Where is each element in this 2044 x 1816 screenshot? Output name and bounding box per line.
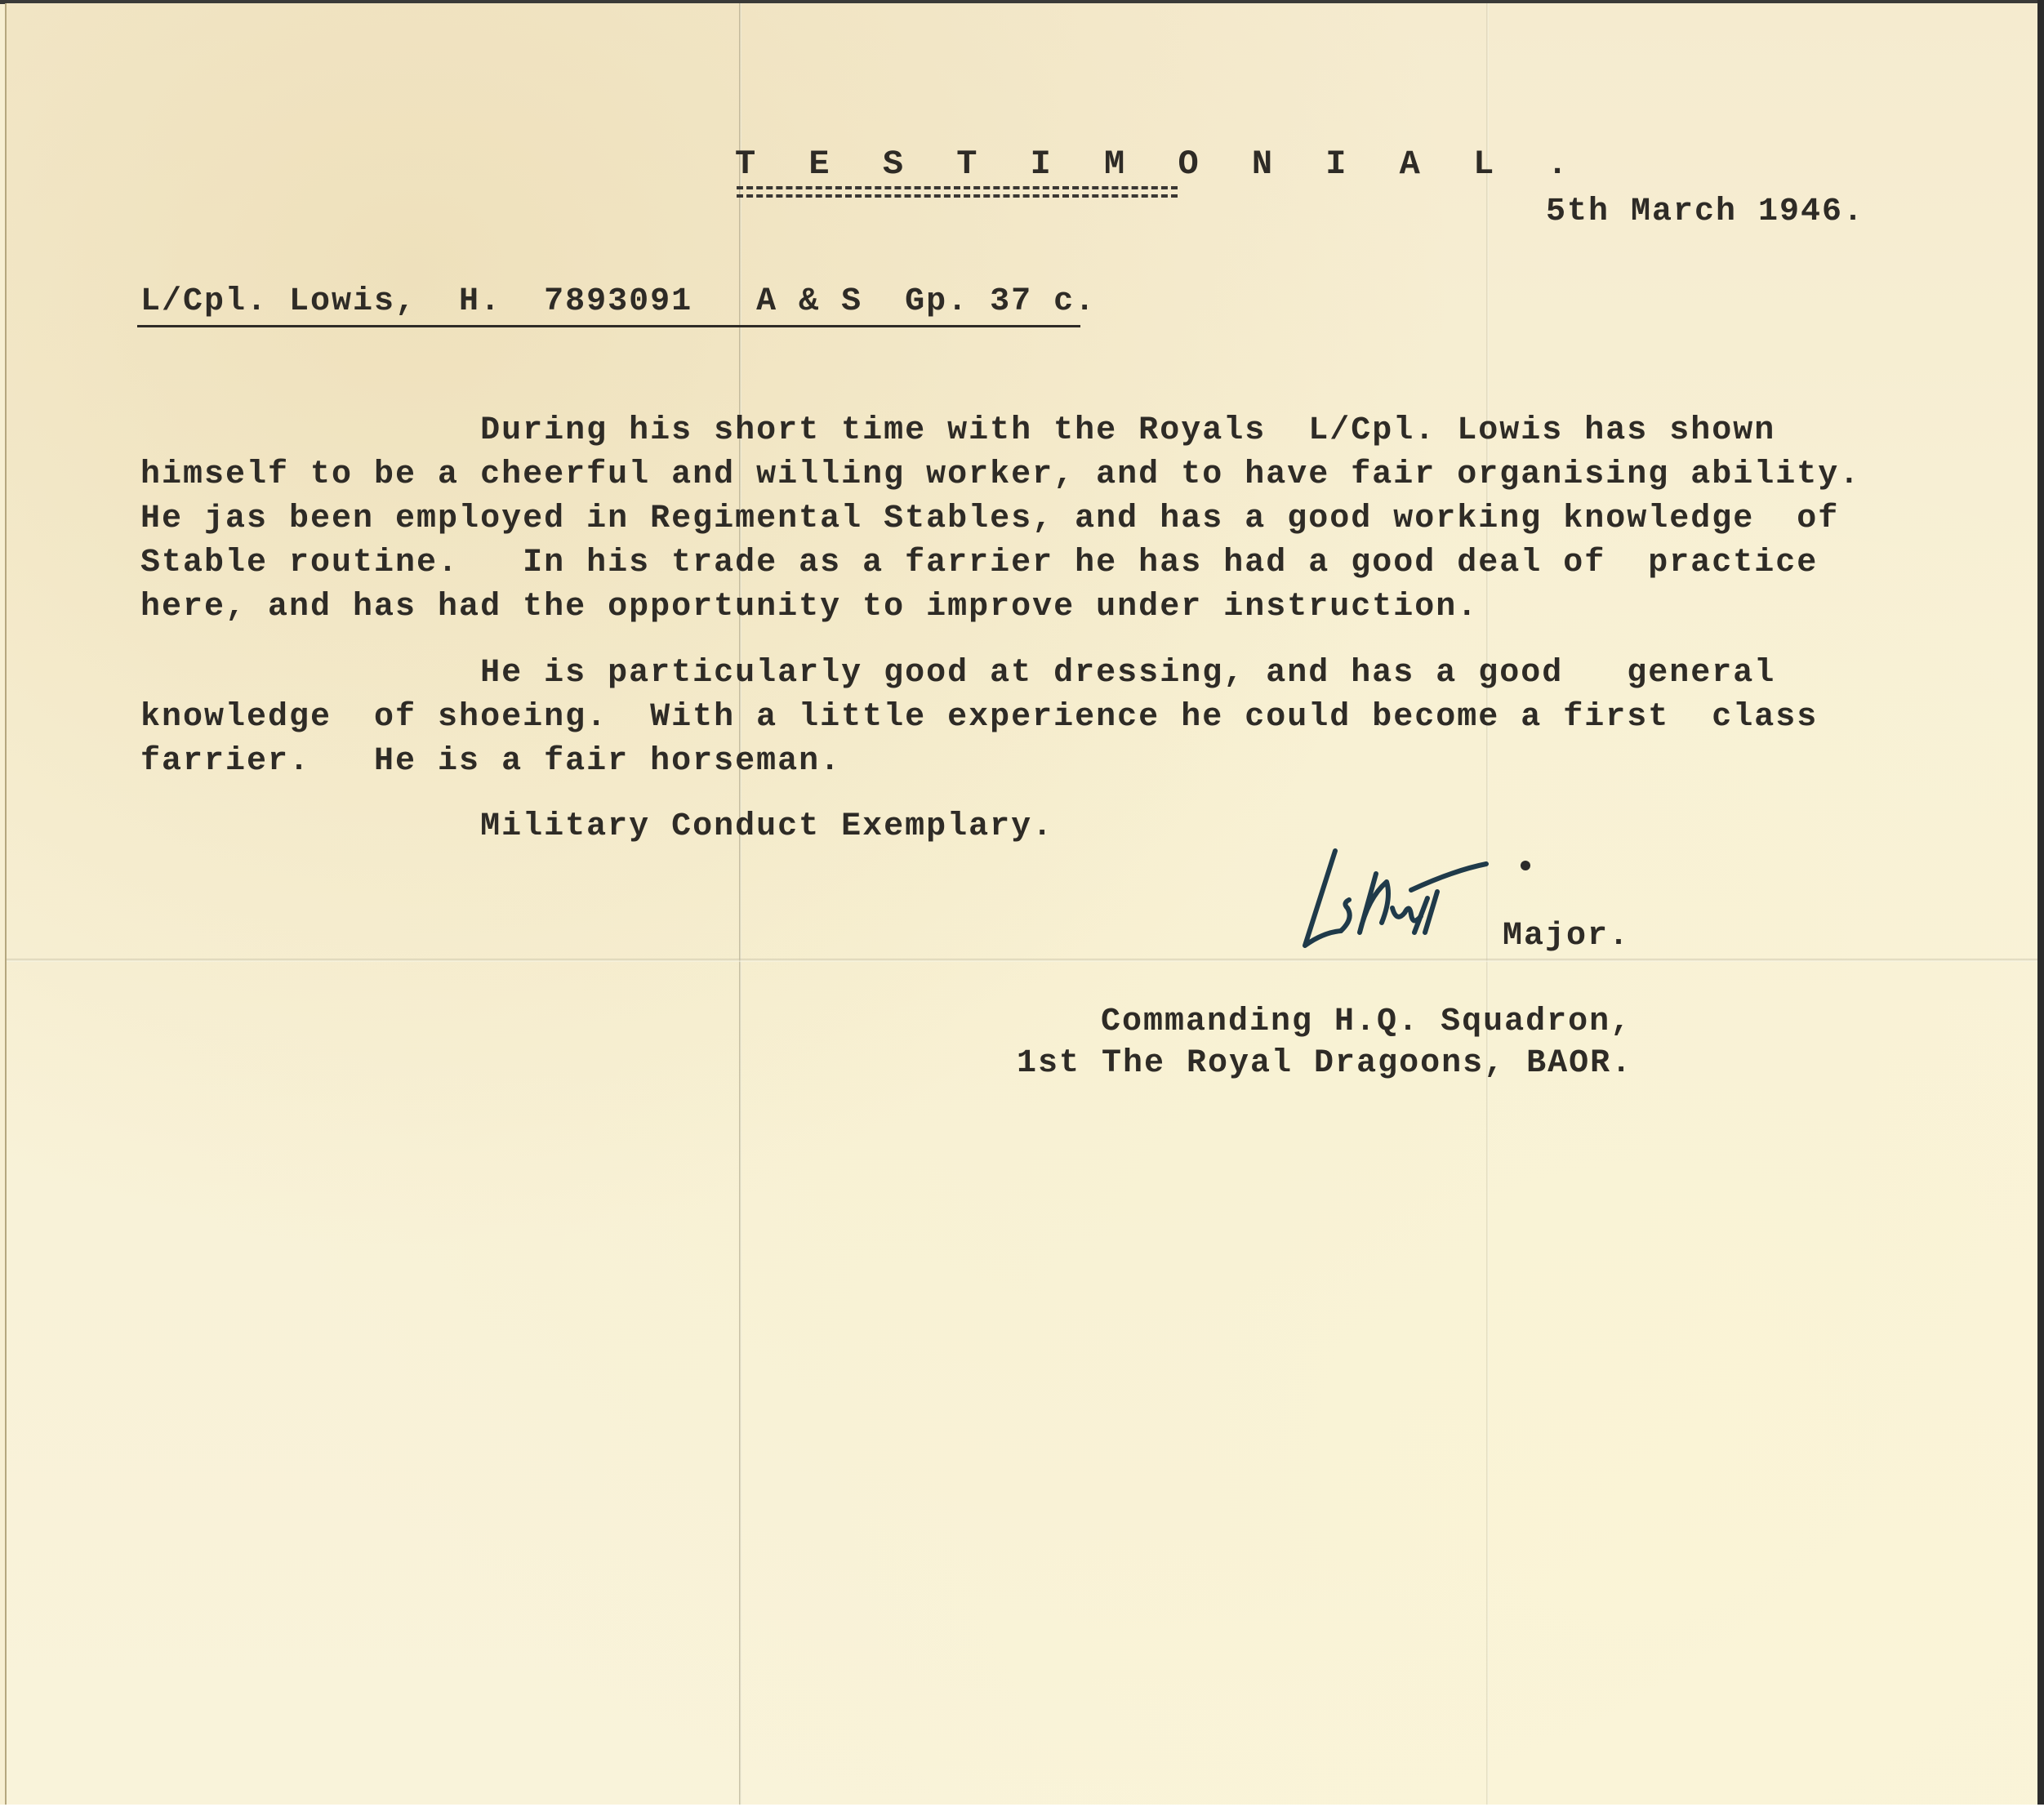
document-title: T E S T I M O N I A L .: [735, 147, 1584, 181]
subject-reference: L/Cpl. Lowis, H. 7893091 A & S Gp. 37 c.: [140, 286, 1096, 318]
title-double-underline: [737, 186, 1178, 198]
paragraph-line: knowledge of shoeing. With a little expe…: [140, 701, 1818, 734]
paragraph-line: farrier. He is a fair horseman.: [140, 746, 841, 778]
fold-crease-vertical: [739, 3, 741, 1806]
signatory-appointment-line-2: 1st The Royal Dragoons, BAOR.: [1017, 1048, 1632, 1080]
signature-icon: [1290, 841, 1535, 955]
paragraph-line: Stable routine. In his trade as a farrie…: [140, 547, 1818, 580]
reference-underline: [137, 325, 1080, 327]
scan-edge-bottom: [0, 1805, 2044, 1816]
paragraph-line: During his short time with the Royals L/…: [140, 415, 1775, 447]
paragraph-line: himself to be a cheerful and willing wor…: [140, 459, 1860, 492]
fold-crease-horizontal: [7, 959, 2040, 962]
handwritten-signature: [1290, 841, 1535, 955]
document-date: 5th March 1946.: [1546, 196, 1864, 229]
paper-sheet: [5, 3, 2040, 1806]
paragraph-line: He jas been employed in Regimental Stabl…: [140, 503, 1839, 536]
signatory-appointment-line-1: Commanding H.Q. Squadron,: [1101, 1006, 1632, 1039]
signatory-rank: Major.: [1503, 920, 1630, 953]
paragraph-line: Military Conduct Exemplary.: [140, 811, 1053, 843]
paragraph-line: He is particularly good at dressing, and…: [140, 657, 1775, 690]
paragraph-line: here, and has had the opportunity to imp…: [140, 591, 1478, 624]
scan-edge-right: [2037, 0, 2044, 1816]
